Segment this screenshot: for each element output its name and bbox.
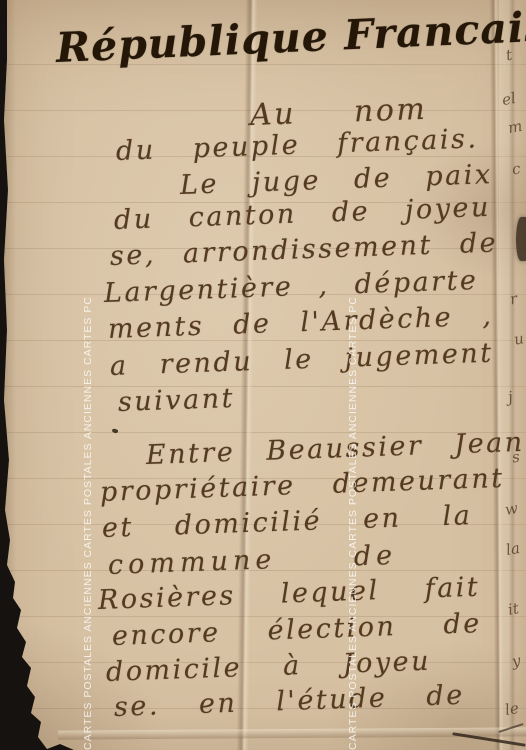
- watermark-text: CARTES POSTALES ANCIENNES: [82, 369, 94, 558]
- paper-page: République Francaise, Au nom du peuple f…: [0, 0, 526, 750]
- adjacent-page-fragment: la: [505, 539, 522, 559]
- adjacent-page-fragment: w: [504, 499, 520, 519]
- watermark-strip-middle: CARTES POSTALES ANCIENNES CARTES POSTALE…: [345, 298, 361, 750]
- watermark-text: CARTES POSTALES ANCIENNES: [347, 298, 359, 365]
- watermark-text: CARTES POSTALES ANCIENNES: [82, 561, 94, 750]
- right-fold-crease-2: [509, 0, 516, 750]
- adjacent-page-fragment: el: [501, 89, 518, 109]
- handwritten-line: suivant: [117, 383, 235, 418]
- adjacent-page-fragment: m: [507, 117, 524, 137]
- scanned-document: République Francaise, Au nom du peuple f…: [0, 0, 526, 750]
- adjacent-page-fragment: le: [504, 699, 521, 719]
- watermark-text: CARTES POSTALES ANCIENNES: [347, 561, 359, 750]
- watermark-text: CARTES POSTALES ANCIENNES: [82, 298, 94, 365]
- right-edge-ink-smudge: [516, 217, 526, 261]
- watermark-strip-left: CARTES POSTALES ANCIENNES CARTES POSTALE…: [80, 298, 96, 750]
- watermark-text: CARTES POSTALES ANCIENNES: [347, 369, 359, 558]
